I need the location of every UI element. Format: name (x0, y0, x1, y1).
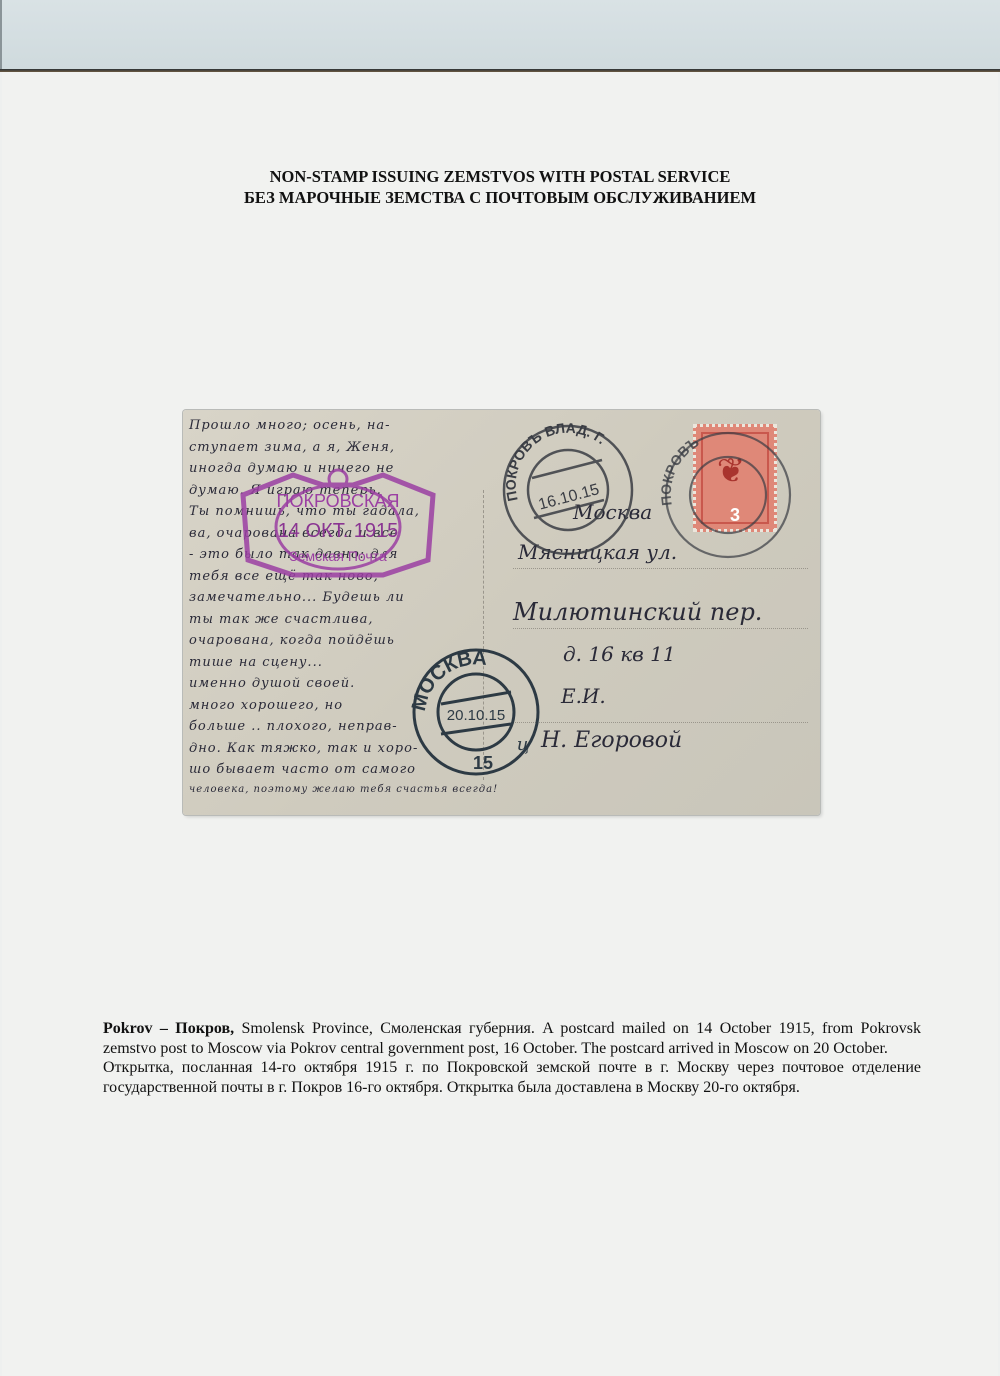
address-rule (513, 628, 808, 629)
caption-lead: Pokrov – Покров, (103, 1020, 234, 1037)
message-line: больше .. плохого, неправ- (189, 719, 398, 734)
moscow-postmark: МОСКВА 20.10.15 15 ц (411, 642, 551, 782)
svg-text:14 ОКТ. 1915: 14 ОКТ. 1915 (278, 520, 399, 542)
album-page-top-strip (0, 0, 1000, 70)
caption-russian: Открытка, посланная 14-го октября 1915 г… (103, 1058, 921, 1097)
address-initials: Е.И. (561, 684, 606, 708)
svg-text:20.10.15: 20.10.15 (447, 707, 505, 724)
message-line: человека, поэтому желаю тебя счастья все… (189, 784, 498, 795)
message-line: дно. Как тяжко, так и хоро- (189, 741, 418, 756)
svg-text:ПОКРОВСКАЯ: ПОКРОВСКАЯ (277, 491, 400, 511)
page-title-russian: БЕЗ МАРОЧНЫЕ ЗЕМСТВА С ПОЧТОВЫМ ОБСЛУЖИВ… (0, 187, 1000, 208)
svg-text:Земская Почта: Земская Почта (289, 548, 387, 564)
page-title-english: NON-STAMP ISSUING ZEMSTVOS WITH POSTAL S… (0, 166, 1000, 187)
message-line: ступает зима, а я, Женя, (189, 440, 395, 455)
pokrov-postmark: ПОКРОВЪ ВЛАД. Г. 16.10.15 (498, 420, 638, 560)
message-line: тише на сцену... (189, 655, 323, 670)
message-line: ты так же счастлива, (189, 612, 373, 627)
message-line: очарована, когда пойдёшь (189, 633, 395, 648)
caption: Pokrov – Покров, Smolensk Province, Смол… (103, 1019, 921, 1097)
svg-text:ц: ц (517, 734, 530, 755)
message-line: много хорошего, но (189, 698, 343, 713)
postcard: Прошло много; осень, на-ступает зима, а … (183, 410, 820, 815)
address-recipient: Н. Егоровой (541, 728, 682, 753)
zemstvo-cachet-stamp: ПОКРОВСКАЯ 14 ОКТ. 1915 Земская Почта (233, 465, 443, 585)
svg-text:15: 15 (473, 753, 493, 773)
message-line: Прошло много; осень, на- (189, 418, 391, 433)
message-line: шо бывает часто от самого (189, 762, 416, 777)
address-rule (513, 722, 808, 723)
pokrov-stamp-cancel: ПОКРОВЪ (658, 425, 798, 565)
address-house: д. 16 кв 11 (563, 642, 676, 666)
address-lane: Милютинский пер. (513, 598, 762, 626)
message-line: именно душой своей. (189, 676, 355, 691)
caption-english: Pokrov – Покров, Smolensk Province, Смол… (103, 1019, 921, 1058)
message-line: замечательно... Будешь ли (189, 590, 405, 605)
address-rule (513, 568, 808, 569)
svg-text:ПОКРОВЪ: ПОКРОВЪ (658, 434, 702, 507)
